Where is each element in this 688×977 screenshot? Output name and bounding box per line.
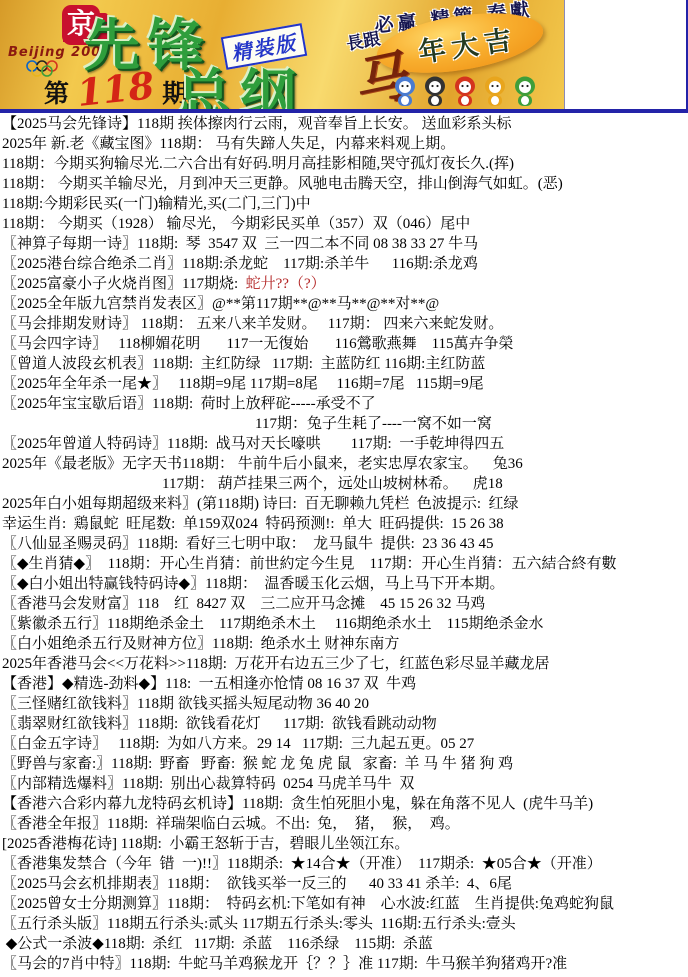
fuwa-mascot-icon bbox=[392, 76, 418, 109]
tip-line: 【2025马会先锋诗】118期 挨体擦肉行云雨，观音奉旨上长安。 送血彩系头标 bbox=[2, 114, 688, 134]
tip-line: 118期:今期彩民买(一门)输精光,买(二门,三门)中 bbox=[2, 194, 688, 214]
fuwa-mascot-icon bbox=[482, 76, 508, 109]
tip-segment: 〖八仙显圣赐灵码〗118期: 看好三七明中取： 龙马鼠牛 提供: 23 36 4… bbox=[2, 536, 494, 552]
tip-segment: [2025香港梅花诗] 118期: 小霸王怒斩于吉，碧眼儿坐领江东。 bbox=[2, 836, 409, 852]
tip-segment: 〖2025年全年杀一尾★〗 118期=9尾 117期=8尾 116期=7尾 11… bbox=[2, 376, 484, 392]
tip-segment: 〖2025曾女士分期测算〗118期： 特码玄机:下笔如有神 心水波:红蓝 生肖提… bbox=[2, 896, 614, 912]
tip-segment: 〖神算子每期一诗〗118期: 琴 3547 双 三一四二本不同 08 38 33… bbox=[2, 236, 478, 252]
tip-segment: 〖2025富豪小子火烧肖图〗117期烧: bbox=[2, 276, 246, 292]
tip-line: 2025年白小姐每期超级来料〗(第118期) 诗曰: 百无聊赖九凭栏 色波提示:… bbox=[2, 494, 688, 514]
tip-segment: 〖◆白小姐出特赢钱特码诗◆〗118期： 温香暖玉化云烟，马上马下开本期。 bbox=[2, 576, 505, 592]
tip-line: 〖2025全年版九宫禁肖发表区〗@**第117期**@**马**@**对**@ bbox=[2, 294, 688, 314]
tip-line: 〖2025港台综合绝杀二肖〗118期:杀龙蛇 117期:杀羊牛 116期:杀龙鸡 bbox=[2, 254, 688, 274]
tip-line: 117期：兔子生耗了----一窝不如一窝 bbox=[2, 414, 688, 434]
tip-line: 〖五行杀头版〗118期五行杀头:贰头 117期五行杀头:零头 116期:五行杀头… bbox=[2, 914, 688, 934]
tip-segment: 2025年 新.老《藏宝图》118期： 马有失蹄人失足，内幕来料观上期。 bbox=[2, 136, 455, 152]
tip-line: 【香港】◆精选-劲料◆】118: 一五相逢亦怆情 08 16 37 双 牛鸡 bbox=[2, 674, 688, 694]
tip-segment: 幸运生肖: 鶏鼠蛇 旺尾数: 单159双024 特码预测!: 单大 旺码提供: … bbox=[2, 516, 504, 532]
tip-line: 〖野兽与家畜:〗118期: 野畜 野畜: 猴 蛇 龙 兔 虎 鼠 家畜: 羊 马… bbox=[2, 754, 688, 774]
tip-segment: 〖紫徽杀五行〗118期绝杀金土 117期绝杀木土 116期绝杀水土 115期绝杀… bbox=[2, 616, 544, 632]
tip-line: 〖白金五字诗〗 118期: 为如八方来。29 14 117期: 三九起五更。05… bbox=[2, 734, 688, 754]
tip-line: 〖2025富豪小子火烧肖图〗117期烧: 蛇廾??（?） bbox=[2, 274, 688, 294]
tip-segment: 〖2025港台综合绝杀二肖〗118期:杀龙蛇 117期:杀羊牛 116期:杀龙鸡 bbox=[2, 256, 478, 272]
tip-segment: 〖五行杀头版〗118期五行杀头:贰头 117期五行杀头:零头 116期:五行杀头… bbox=[2, 916, 516, 932]
tip-segment: 118期：今期买狗输尽光.二六合出有好码.明月高挂影相随,哭守孤灯夜长久.(挥) bbox=[2, 156, 514, 172]
tip-segment-red: 蛇廾??（?） bbox=[246, 276, 326, 292]
tip-segment: 〖2025马会玄机排期表〗118期： 欲钱买举一反三的 40 33 41 杀羊:… bbox=[2, 876, 512, 892]
tips-list: 【2025马会先锋诗】118期 挨体擦肉行云雨，观音奉旨上长安。 送血彩系头标2… bbox=[0, 113, 688, 974]
tip-segment: ◆公式一杀波◆118期: 杀红 117期: 杀蓝 116杀绿 115期: 杀蓝 bbox=[2, 936, 433, 952]
tip-segment: 【香港六合彩内幕九龙特码玄机诗】118期: 贪生怕死胆小鬼，躲在角落不见人 (虎… bbox=[2, 796, 593, 812]
tip-segment: 〖2025年曾道人特码诗〗118期: 战马对天长嚎哄 117期: 一手乾坤得四五 bbox=[2, 436, 504, 452]
fuwa-mascot-icon bbox=[512, 76, 538, 109]
tip-segment: 〖白小姐绝杀五行及财神方位〗118期: 绝杀水土 财神东南方 bbox=[2, 636, 399, 652]
tip-segment: 〖2025年宝宝歇后语〗118期: 荷时上放秤砣-----承受不了 bbox=[2, 396, 376, 412]
tip-line: 〖2025曾女士分期测算〗118期： 特码玄机:下笔如有神 心水波:红蓝 生肖提… bbox=[2, 894, 688, 914]
tip-line: 〖香港全年报〗118期: 祥瑞架临白云城。不出: 兔， 猪， 猴， 鸡。 bbox=[2, 814, 688, 834]
masthead: 京 Beijing 2008 第118期 先锋 总纲 精装版 必赢 精簡 奉獻 … bbox=[0, 0, 688, 113]
tip-segment: 〖马会四字诗〗 118柳媚花明 117一无復始 116鶯歌燕舞 115萬卉争榮 bbox=[2, 336, 514, 352]
fuwa-mascots bbox=[392, 76, 538, 109]
tip-line: 〖2025年宝宝歇后语〗118期: 荷时上放秤砣-----承受不了 bbox=[2, 394, 688, 414]
tip-line: 〖翡翠财红欲钱料〗118期: 欲钱看花灯 117期: 欲钱看跳动动物 bbox=[2, 714, 688, 734]
fuwa-mascot-icon bbox=[452, 76, 478, 109]
tip-line: 幸运生肖: 鶏鼠蛇 旺尾数: 单159双024 特码预测!: 单大 旺码提供: … bbox=[2, 514, 688, 534]
tip-line: 〖神算子每期一诗〗118期: 琴 3547 双 三一四二本不同 08 38 33… bbox=[2, 234, 688, 254]
lottery-tip-sheet: 京 Beijing 2008 第118期 先锋 总纲 精装版 必赢 精簡 奉獻 … bbox=[0, 0, 688, 977]
tip-line: 118期： 今期买（1928） 输尽光， 今期彩民买单（357）双（046）尾中 bbox=[2, 214, 688, 234]
tip-segment: 118期： 今期买（1928） 输尽光， 今期彩民买单（357）双（046）尾中 bbox=[2, 216, 470, 232]
tip-line: 117期： 葫芦挂果三两个，远处山坡树林希。 虎18 bbox=[2, 474, 688, 494]
tip-line: 〖内部精选爆料〗118期: 别出心裁算特码 0254 马虎羊马牛 双 bbox=[2, 774, 688, 794]
tip-segment: 118期： 今期买羊输尽光，月到冲天三更静。风驰电击腾天空，排山倒海气如虹。(恶… bbox=[2, 176, 563, 192]
tip-segment: 117期：兔子生耗了----一窝不如一窝 bbox=[255, 416, 492, 432]
tip-line: 〖◆白小姐出特赢钱特码诗◆〗118期： 温香暖玉化云烟，马上马下开本期。 bbox=[2, 574, 688, 594]
tip-line: 〖三怪赌红欲钱料〗118期 欲钱买摇头短尾动物 36 40 20 bbox=[2, 694, 688, 714]
tip-line: 〖八仙显圣赐灵码〗118期: 看好三七明中取： 龙马鼠牛 提供: 23 36 4… bbox=[2, 534, 688, 554]
tip-line: [2025香港梅花诗] 118期: 小霸王怒斩于吉，碧眼儿坐领江东。 bbox=[2, 834, 688, 854]
tip-line: 2025年香港马会<<万花料>>118期: 万花开右边五三少了七，红蓝色彩尽显羊… bbox=[2, 654, 688, 674]
tip-segment: 〖马会的7肖中特〗118期: 牛蛇马羊鸡猴龙开｛？？｝准 117期: 牛马猴羊狗… bbox=[2, 956, 567, 972]
tip-line: 118期：今期买狗输尽光.二六合出有好码.明月高挂影相随,哭守孤灯夜长久.(挥) bbox=[2, 154, 688, 174]
tip-segment: 2025年白小姐每期超级来料〗(第118期) 诗曰: 百无聊赖九凭栏 色波提示:… bbox=[2, 496, 519, 512]
tip-segment: 2025年香港马会<<万花料>>118期: 万花开右边五三少了七，红蓝色彩尽显羊… bbox=[2, 656, 549, 672]
tip-segment: 〖翡翠财红欲钱料〗118期: 欲钱看花灯 117期: 欲钱看跳动动物 bbox=[2, 716, 437, 732]
tip-line: 〖2025年全年杀一尾★〗 118期=9尾 117期=8尾 116期=7尾 11… bbox=[2, 374, 688, 394]
tip-line: 〖马会排期发财诗〗 118期： 五来八来羊发财。 117期： 四来六来蛇发财。 bbox=[2, 314, 688, 334]
tip-line: 2025年 新.老《藏宝图》118期： 马有失蹄人失足，内幕来料观上期。 bbox=[2, 134, 688, 154]
tip-line: 2025年《最老版》无字天书118期： 牛前牛后小鼠来，老实忠厚农家宝。 兔36 bbox=[2, 454, 688, 474]
tip-segment: 〖白金五字诗〗 118期: 为如八方来。29 14 117期: 三九起五更。05… bbox=[2, 736, 474, 752]
tip-line: 〖◆生肖猜◆〗 118期：开心生肖猜：前世約定今生見 117期：开心生肖猜：五六… bbox=[2, 554, 688, 574]
tip-segment: 〖香港集发禁合（今年 错 一)!!〗118期杀: ★14合★（开准） 117期杀… bbox=[2, 856, 602, 872]
tip-segment: 〖野兽与家畜:〗118期: 野畜 野畜: 猴 蛇 龙 兔 虎 鼠 家畜: 羊 马… bbox=[2, 756, 513, 772]
tip-line: 〖香港马会发财富〗118 红 8427 双 三二应开马念摊 45 15 26 3… bbox=[2, 594, 688, 614]
tip-segment: 【2025马会先锋诗】118期 挨体擦肉行云雨，观音奉旨上长安。 送血彩系头标 bbox=[2, 116, 511, 132]
tip-segment: 〖曾道人波段玄机表〗118期: 主红防绿 117期: 主蓝防红 116期:主红防… bbox=[2, 356, 485, 372]
tip-line: 〖香港集发禁合（今年 错 一)!!〗118期杀: ★14合★（开准） 117期杀… bbox=[2, 854, 688, 874]
tip-line: 〖马会四字诗〗 118柳媚花明 117一无復始 116鶯歌燕舞 115萬卉争榮 bbox=[2, 334, 688, 354]
tip-segment: 117期： 葫芦挂果三两个，远处山坡树林希。 虎18 bbox=[162, 476, 503, 492]
tip-line: ◆公式一杀波◆118期: 杀红 117期: 杀蓝 116杀绿 115期: 杀蓝 bbox=[2, 934, 688, 954]
tip-segment: 〖2025全年版九宫禁肖发表区〗@**第117期**@**马**@**对**@ bbox=[2, 296, 439, 312]
tip-segment: 〖内部精选爆料〗118期: 别出心裁算特码 0254 马虎羊马牛 双 bbox=[2, 776, 414, 792]
tip-segment: 118期:今期彩民买(一门)输精光,买(二门,三门)中 bbox=[2, 196, 311, 212]
tip-segment: 〖◆生肖猜◆〗 118期：开心生肖猜：前世約定今生見 117期：开心生肖猜：五六… bbox=[2, 556, 616, 572]
tip-line: 【香港六合彩内幕九龙特码玄机诗】118期: 贪生怕死胆小鬼，躲在角落不见人 (虎… bbox=[2, 794, 688, 814]
tip-line: 〖2025马会玄机排期表〗118期： 欲钱买举一反三的 40 33 41 杀羊:… bbox=[2, 874, 688, 894]
tip-line: 〖曾道人波段玄机表〗118期: 主红防绿 117期: 主蓝防红 116期:主红防… bbox=[2, 354, 688, 374]
tip-segment: 2025年《最老版》无字天书118期： 牛前牛后小鼠来，老实忠厚农家宝。 兔36 bbox=[2, 456, 523, 472]
tip-segment: 〖三怪赌红欲钱料〗118期 欲钱买摇头短尾动物 36 40 20 bbox=[2, 696, 369, 712]
masthead-art: 京 Beijing 2008 第118期 先锋 总纲 精装版 必赢 精簡 奉獻 … bbox=[0, 0, 565, 109]
tip-segment: 〖香港全年报〗118期: 祥瑞架临白云城。不出: 兔， 猪， 猴， 鸡。 bbox=[2, 816, 460, 832]
tip-segment: 〖香港马会发财富〗118 红 8427 双 三二应开马念摊 45 15 26 3… bbox=[2, 596, 485, 612]
tip-segment: 〖马会排期发财诗〗 118期： 五来八来羊发财。 117期： 四来六来蛇发财。 bbox=[2, 316, 503, 332]
issue-prefix: 第 bbox=[44, 81, 69, 108]
tip-line: 〖马会的7肖中特〗118期: 牛蛇马羊鸡猴龙开｛？？｝准 117期: 牛马猴羊狗… bbox=[2, 954, 688, 974]
tip-line: 118期： 今期买羊输尽光，月到冲天三更静。风驰电击腾天空，排山倒海气如虹。(恶… bbox=[2, 174, 688, 194]
fuwa-mascot-icon bbox=[422, 76, 448, 109]
tip-line: 〖2025年曾道人特码诗〗118期: 战马对天长嚎哄 117期: 一手乾坤得四五 bbox=[2, 434, 688, 454]
tip-segment: 【香港】◆精选-劲料◆】118: 一五相逢亦怆情 08 16 37 双 牛鸡 bbox=[2, 676, 416, 692]
tip-line: 〖紫徽杀五行〗118期绝杀金土 117期绝杀木土 116期绝杀水土 115期绝杀… bbox=[2, 614, 688, 634]
tip-line: 〖白小姐绝杀五行及财神方位〗118期: 绝杀水土 财神东南方 bbox=[2, 634, 688, 654]
